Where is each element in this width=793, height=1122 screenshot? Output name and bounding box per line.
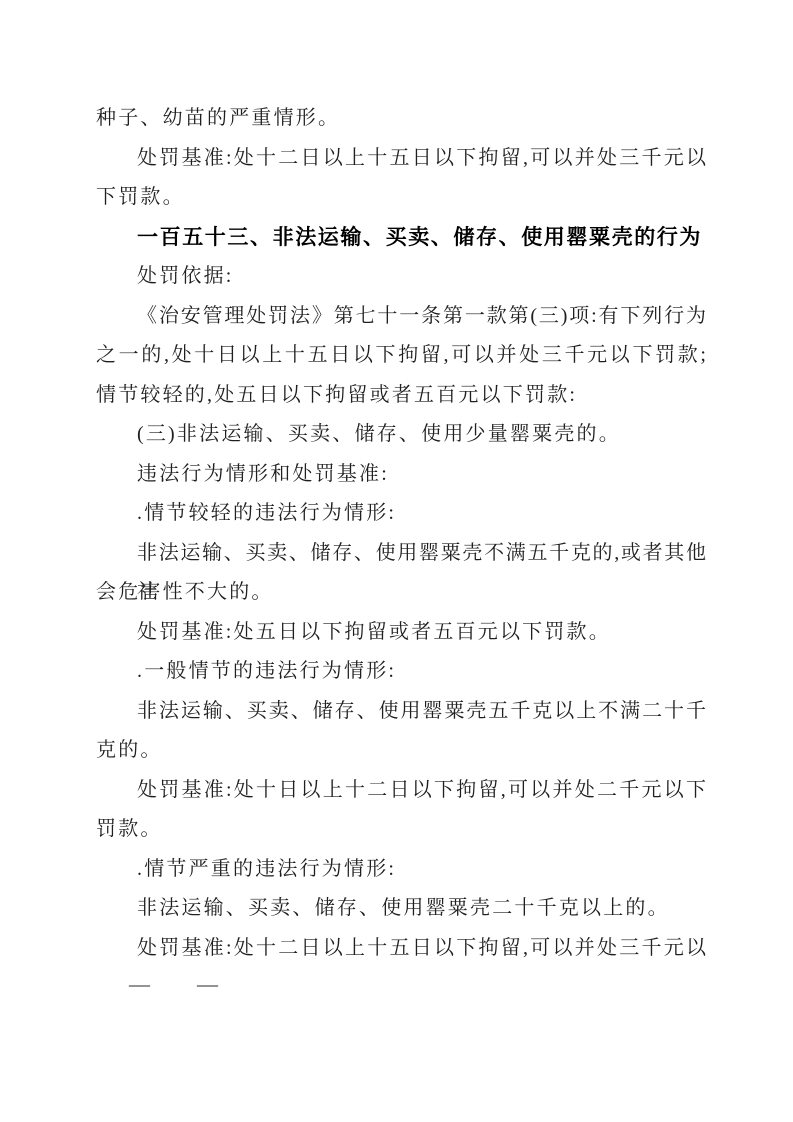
text-line: 违法行为情形和处罚基准:: [96, 455, 707, 495]
page-number-footer: — —: [129, 972, 218, 996]
text-line: 处罚基准:处十二日以上十五日以下拘留,可以并处三千元以: [96, 929, 707, 969]
text-line: 之一的,处十日以上十五日以下拘留,可以并处三千元以下罚款;: [96, 336, 707, 376]
text-line: 非法运输、买卖、储存、使用罂粟壳二十千克以上的。: [96, 889, 707, 929]
text-line: 处罚基准:处十二日以上十五日以下拘留,可以并处三千元以: [96, 139, 707, 179]
text-line: 罚款。: [96, 810, 707, 850]
text-line: 会危害性不大的。: [96, 573, 707, 613]
text-line: 下罚款。: [96, 178, 707, 218]
text-line: .情节严重的违法行为情形:: [96, 850, 707, 890]
text-line: 非法运输、买卖、储存、使用罂粟壳不满五千克的,或者其他社: [96, 534, 707, 574]
text-line: (三)非法运输、买卖、储存、使用少量罂粟壳的。: [96, 415, 707, 455]
document-page: 种子、幼苗的严重情形。处罚基准:处十二日以上十五日以下拘留,可以并处三千元以下罚…: [0, 0, 793, 1122]
footer-dash-left: —: [129, 972, 150, 996]
text-line: 非法运输、买卖、储存、使用罂粟壳五千克以上不满二十千: [96, 692, 707, 732]
text-line: 处罚基准:处十日以上十二日以下拘留,可以并处二千元以下: [96, 771, 707, 811]
section-heading: 一百五十三、非法运输、买卖、储存、使用罂粟壳的行为: [96, 218, 707, 258]
text-line: 克的。: [96, 731, 707, 771]
footer-dash-right: —: [197, 972, 218, 996]
text-line: 情节较轻的,处五日以下拘留或者五百元以下罚款:: [96, 376, 707, 416]
text-line: 《治安管理处罚法》第七十一条第一款第(三)项:有下列行为: [96, 297, 707, 337]
text-line: 处罚依据:: [96, 257, 707, 297]
text-line: .一般情节的违法行为情形:: [96, 652, 707, 692]
text-line: 处罚基准:处五日以下拘留或者五百元以下罚款。: [96, 613, 707, 653]
text-line: 种子、幼苗的严重情形。: [96, 99, 707, 139]
text-line: .情节较轻的违法行为情形:: [96, 494, 707, 534]
text-block: 种子、幼苗的严重情形。处罚基准:处十二日以上十五日以下拘留,可以并处三千元以下罚…: [96, 99, 707, 968]
